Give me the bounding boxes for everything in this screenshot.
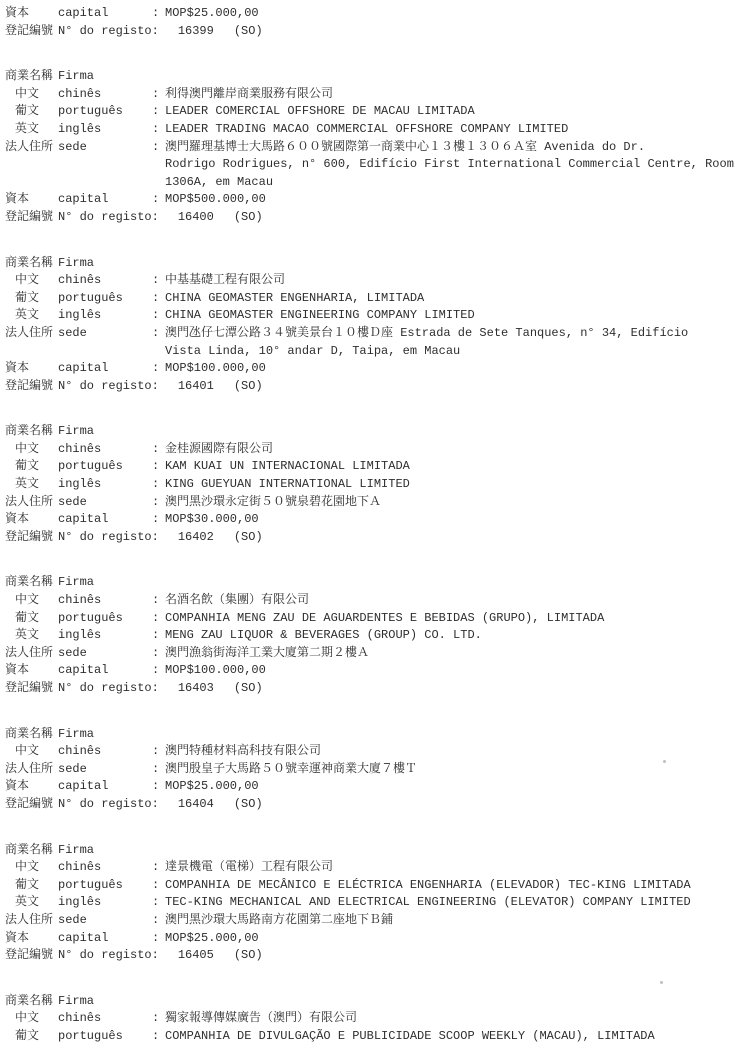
firma-header-row: 商業名稱Firma — [5, 255, 740, 273]
label-chinese_pt: chinês — [58, 592, 152, 610]
label-capital-pt: capital — [58, 511, 152, 529]
label-chinese_pt: chinês — [58, 441, 152, 459]
registration-note: (SO) — [234, 796, 263, 814]
label-portuguese_zh: 葡文 — [5, 877, 58, 895]
label-registo-pt: N° do registo: — [58, 947, 159, 965]
name-chinese-row: 中文chinês:利得澳門離岸商業服務有限公司 — [5, 86, 740, 104]
label-chinese_pt: chinês — [58, 859, 152, 877]
field-colon: : — [152, 441, 165, 459]
registered-office-address: 澳門黑沙環大馬路南方花園第二座地下Ｂ鋪 — [165, 912, 740, 930]
label-chinese_zh: 中文 — [5, 86, 58, 104]
label-firma-zh: 商業名稱 — [5, 68, 58, 86]
registered-office-address: 澳門羅理基博士大馬路６００號國際第一商業中心１３樓１３０６Ａ室 Avenida … — [165, 139, 740, 192]
registered-office-address: 澳門漁翁街海洋工業大廈第二期２樓Ａ — [165, 645, 740, 663]
registry-entry: 商業名稱Firma中文chinês:名酒名飲（集團）有限公司葡文portuguê… — [5, 574, 740, 697]
label-sede-pt: sede — [58, 325, 152, 343]
label-english_pt: inglês — [58, 476, 152, 494]
firma-header-row: 商業名稱Firma — [5, 726, 740, 744]
registration-note: (SO) — [234, 23, 263, 41]
registered-office-row: 法人住所sede:澳門殷皇子大馬路５０號幸運神商業大廈７樓Ｔ — [5, 761, 740, 779]
field-colon: : — [152, 1028, 165, 1046]
address-line: 澳門氹仔七潭公路３４號美景台１０樓Ｄ座 Estrada de Sete Tanq… — [165, 325, 740, 343]
label-chinese_zh: 中文 — [5, 272, 58, 290]
registry-entry: 商業名稱Firma中文chinês:中基基礎工程有限公司葡文português:… — [5, 255, 740, 396]
label-english_zh: 英文 — [5, 121, 58, 139]
label-english_zh: 英文 — [5, 476, 58, 494]
registered-office-address: 澳門黑沙環永定街５０號泉碧花園地下Ａ — [165, 494, 740, 512]
capital-row: 資本capital:MOP$500.000,00 — [5, 191, 740, 209]
company-name-english: KING GUEYUAN INTERNATIONAL LIMITED — [165, 476, 740, 494]
address-line: 澳門殷皇子大馬路５０號幸運神商業大廈７樓Ｔ — [165, 761, 740, 779]
capital-row: 資本capital:MOP$25.000,00 — [5, 930, 740, 948]
firma-header-row: 商業名稱Firma — [5, 68, 740, 86]
firma-header-row: 商業名稱Firma — [5, 574, 740, 592]
scan-speck — [660, 981, 663, 984]
label-firma-zh: 商業名稱 — [5, 842, 58, 860]
name-chinese-row: 中文chinês:澳門特種材料高科技有限公司 — [5, 743, 740, 761]
name-portuguese-row: 葡文português:COMPANHIA MENG ZAU DE AGUARD… — [5, 610, 740, 628]
registered-office-address: 澳門殷皇子大馬路５０號幸運神商業大廈７樓Ｔ — [165, 761, 740, 779]
registry-entry: 資本capital:MOP$25.000,00登記編號N° do registo… — [5, 5, 740, 40]
capital-row: 資本capital:MOP$100.000,00 — [5, 662, 740, 680]
capital-value: MOP$25.000,00 — [165, 5, 740, 23]
label-english_zh: 英文 — [5, 894, 58, 912]
field-colon: : — [152, 778, 165, 796]
field-colon: : — [152, 290, 165, 308]
label-chinese_zh: 中文 — [5, 743, 58, 761]
registration-note: (SO) — [234, 209, 263, 227]
registration-number: 16402 — [178, 529, 214, 547]
label-chinese_pt: chinês — [58, 743, 152, 761]
capital-value: MOP$100.000,00 — [165, 360, 740, 378]
label-capital-zh: 資本 — [5, 191, 58, 209]
field-colon: : — [152, 494, 165, 512]
registration-note: (SO) — [234, 529, 263, 547]
label-capital-zh: 資本 — [5, 930, 58, 948]
company-name-chinese: 達景機電（電梯）工程有限公司 — [165, 859, 740, 877]
address-line: 澳門黑沙環永定街５０號泉碧花園地下Ａ — [165, 494, 740, 512]
label-chinese_pt: chinês — [58, 272, 152, 290]
firma-header-row: 商業名稱Firma — [5, 423, 740, 441]
label-firma-zh: 商業名稱 — [5, 574, 58, 592]
label-portuguese_pt: português — [58, 877, 152, 895]
label-firma-pt: Firma — [58, 993, 152, 1011]
field-colon: : — [152, 912, 165, 930]
label-portuguese_pt: português — [58, 290, 152, 308]
registration-number: 16401 — [178, 378, 214, 396]
label-sede-pt: sede — [58, 645, 152, 663]
label-firma-zh: 商業名稱 — [5, 993, 58, 1011]
field-colon: : — [152, 662, 165, 680]
field-colon: : — [152, 307, 165, 325]
label-portuguese_zh: 葡文 — [5, 290, 58, 308]
registration-number-row: 登記編號N° do registo:16403(SO) — [5, 680, 740, 698]
label-portuguese_pt: português — [58, 1028, 152, 1046]
capital-row: 資本capital:MOP$25.000,00 — [5, 778, 740, 796]
company-name-chinese: 獨家報導傳媒廣告（澳門）有限公司 — [165, 1010, 740, 1028]
field-colon: : — [152, 458, 165, 476]
field-colon: : — [152, 86, 165, 104]
field-colon: : — [152, 139, 165, 157]
label-firma-zh: 商業名稱 — [5, 255, 58, 273]
registered-office-row: 法人住所sede:澳門氹仔七潭公路３４號美景台１０樓Ｄ座 Estrada de … — [5, 325, 740, 360]
label-registo-pt: N° do registo: — [58, 378, 159, 396]
label-portuguese_zh: 葡文 — [5, 610, 58, 628]
name-portuguese-row: 葡文português:LEADER COMERCIAL OFFSHORE DE… — [5, 103, 740, 121]
company-name-english: TEC-KING MECHANICAL AND ELECTRICAL ENGIN… — [165, 894, 740, 912]
address-line: Rodrigo Rodrigues, n° 600, Edifício Firs… — [165, 156, 740, 174]
company-name-chinese: 澳門特種材料高科技有限公司 — [165, 743, 740, 761]
field-colon: : — [152, 894, 165, 912]
registry-entry: 商業名稱Firma中文chinês:達景機電（電梯）工程有限公司葡文portug… — [5, 842, 740, 965]
name-english-row: 英文inglês:KING GUEYUAN INTERNATIONAL LIMI… — [5, 476, 740, 494]
label-firma-pt: Firma — [58, 255, 152, 273]
field-colon: : — [152, 592, 165, 610]
company-name-portuguese: COMPANHIA MENG ZAU DE AGUARDENTES E BEBI… — [165, 610, 740, 628]
registration-number: 16404 — [178, 796, 214, 814]
registry-entry: 商業名稱Firma中文chinês:獨家報導傳媒廣告（澳門）有限公司葡文port… — [5, 993, 740, 1046]
label-sede-zh: 法人住所 — [5, 912, 58, 930]
scan-speck — [663, 760, 666, 763]
field-colon: : — [152, 511, 165, 529]
registration-number: 16405 — [178, 947, 214, 965]
label-firma-zh: 商業名稱 — [5, 726, 58, 744]
name-english-row: 英文inglês:MENG ZAU LIQUOR & BEVERAGES (GR… — [5, 627, 740, 645]
registry-entries-container: 資本capital:MOP$25.000,00登記編號N° do registo… — [5, 5, 740, 1046]
name-portuguese-row: 葡文português:COMPANHIA DE DIVULGAÇÃO E PU… — [5, 1028, 740, 1046]
label-capital-zh: 資本 — [5, 5, 58, 23]
company-name-english: MENG ZAU LIQUOR & BEVERAGES (GROUP) CO. … — [165, 627, 740, 645]
label-firma-pt: Firma — [58, 842, 152, 860]
name-chinese-row: 中文chinês:金桂源國際有限公司 — [5, 441, 740, 459]
field-colon: : — [152, 645, 165, 663]
name-english-row: 英文inglês:CHINA GEOMASTER ENGINEERING COM… — [5, 307, 740, 325]
label-capital-zh: 資本 — [5, 778, 58, 796]
label-english_zh: 英文 — [5, 627, 58, 645]
address-line: 澳門黑沙環大馬路南方花園第二座地下Ｂ鋪 — [165, 912, 740, 930]
registration-number-row: 登記編號N° do registo:16400(SO) — [5, 209, 740, 227]
label-capital-pt: capital — [58, 191, 152, 209]
registry-entry: 商業名稱Firma中文chinês:澳門特種材料高科技有限公司法人住所sede:… — [5, 726, 740, 814]
registration-note: (SO) — [234, 947, 263, 965]
label-sede-pt: sede — [58, 912, 152, 930]
label-capital-zh: 資本 — [5, 360, 58, 378]
firma-header-row: 商業名稱Firma — [5, 993, 740, 1011]
company-name-chinese: 中基基礎工程有限公司 — [165, 272, 740, 290]
label-registo-zh: 登記編號 — [5, 680, 58, 698]
firma-header-row: 商業名稱Firma — [5, 842, 740, 860]
registration-note: (SO) — [234, 680, 263, 698]
label-registo-zh: 登記編號 — [5, 209, 58, 227]
label-chinese_zh: 中文 — [5, 1010, 58, 1028]
name-english-row: 英文inglês:TEC-KING MECHANICAL AND ELECTRI… — [5, 894, 740, 912]
label-registo-zh: 登記編號 — [5, 796, 58, 814]
address-line: 1306A, em Macau — [165, 174, 740, 192]
label-portuguese_zh: 葡文 — [5, 103, 58, 121]
company-name-english: CHINA GEOMASTER ENGINEERING COMPANY LIMI… — [165, 307, 740, 325]
label-sede-zh: 法人住所 — [5, 494, 58, 512]
capital-value: MOP$25.000,00 — [165, 930, 740, 948]
label-capital-zh: 資本 — [5, 662, 58, 680]
label-sede-zh: 法人住所 — [5, 645, 58, 663]
label-registo-pt: N° do registo: — [58, 796, 159, 814]
label-chinese_pt: chinês — [58, 1010, 152, 1028]
registration-number: 16403 — [178, 680, 214, 698]
label-registo-zh: 登記編號 — [5, 947, 58, 965]
label-firma-zh: 商業名稱 — [5, 423, 58, 441]
label-registo-zh: 登記編號 — [5, 378, 58, 396]
label-sede-zh: 法人住所 — [5, 761, 58, 779]
label-chinese_zh: 中文 — [5, 441, 58, 459]
capital-row: 資本capital:MOP$30.000,00 — [5, 511, 740, 529]
label-firma-pt: Firma — [58, 726, 152, 744]
field-colon: : — [152, 325, 165, 343]
registered-office-row: 法人住所sede:澳門漁翁街海洋工業大廈第二期２樓Ａ — [5, 645, 740, 663]
label-sede-zh: 法人住所 — [5, 325, 58, 343]
company-name-english: LEADER TRADING MACAO COMMERCIAL OFFSHORE… — [165, 121, 740, 139]
company-name-portuguese: KAM KUAI UN INTERNACIONAL LIMITADA — [165, 458, 740, 476]
label-registo-pt: N° do registo: — [58, 529, 159, 547]
field-colon: : — [152, 360, 165, 378]
field-colon: : — [152, 272, 165, 290]
registry-entry: 商業名稱Firma中文chinês:金桂源國際有限公司葡文português:K… — [5, 423, 740, 546]
label-registo-pt: N° do registo: — [58, 209, 159, 227]
company-name-chinese: 利得澳門離岸商業服務有限公司 — [165, 86, 740, 104]
label-english_pt: inglês — [58, 627, 152, 645]
address-line: Vista Linda, 10° andar D, Taipa, em Maca… — [165, 343, 740, 361]
registry-entry: 商業名稱Firma中文chinês:利得澳門離岸商業服務有限公司葡文portug… — [5, 68, 740, 226]
name-portuguese-row: 葡文português:KAM KUAI UN INTERNACIONAL LI… — [5, 458, 740, 476]
company-name-portuguese: CHINA GEOMASTER ENGENHARIA, LIMITADA — [165, 290, 740, 308]
registered-office-address: 澳門氹仔七潭公路３４號美景台１０樓Ｄ座 Estrada de Sete Tanq… — [165, 325, 740, 360]
label-capital-pt: capital — [58, 778, 152, 796]
field-colon: : — [152, 121, 165, 139]
label-portuguese_pt: português — [58, 458, 152, 476]
company-name-portuguese: COMPANHIA DE MECÂNICO E ELÉCTRICA ENGENH… — [165, 877, 740, 895]
label-portuguese_pt: português — [58, 610, 152, 628]
name-chinese-row: 中文chinês:獨家報導傳媒廣告（澳門）有限公司 — [5, 1010, 740, 1028]
label-portuguese_pt: português — [58, 103, 152, 121]
label-capital-zh: 資本 — [5, 511, 58, 529]
name-chinese-row: 中文chinês:達景機電（電梯）工程有限公司 — [5, 859, 740, 877]
registration-note: (SO) — [234, 378, 263, 396]
name-portuguese-row: 葡文português:CHINA GEOMASTER ENGENHARIA, … — [5, 290, 740, 308]
registration-number-row: 登記編號N° do registo:16405(SO) — [5, 947, 740, 965]
registered-office-row: 法人住所sede:澳門羅理基博士大馬路６００號國際第一商業中心１３樓１３０６Ａ室… — [5, 139, 740, 192]
field-colon: : — [152, 877, 165, 895]
registration-number: 16400 — [178, 209, 214, 227]
name-chinese-row: 中文chinês:名酒名飲（集團）有限公司 — [5, 592, 740, 610]
capital-value: MOP$30.000,00 — [165, 511, 740, 529]
label-registo-zh: 登記編號 — [5, 529, 58, 547]
label-chinese_zh: 中文 — [5, 592, 58, 610]
field-colon: : — [152, 610, 165, 628]
field-colon: : — [152, 1010, 165, 1028]
label-english_pt: inglês — [58, 894, 152, 912]
label-sede-pt: sede — [58, 139, 152, 157]
label-capital-pt: capital — [58, 360, 152, 378]
company-registry-gazette-page: 資本capital:MOP$25.000,00登記編號N° do registo… — [0, 0, 744, 1058]
company-name-chinese: 名酒名飲（集團）有限公司 — [165, 592, 740, 610]
registration-number-row: 登記編號N° do registo:16402(SO) — [5, 529, 740, 547]
label-registo-zh: 登記編號 — [5, 23, 58, 41]
capital-value: MOP$25.000,00 — [165, 778, 740, 796]
label-capital-pt: capital — [58, 930, 152, 948]
label-firma-pt: Firma — [58, 68, 152, 86]
label-english_zh: 英文 — [5, 307, 58, 325]
field-colon: : — [152, 859, 165, 877]
field-colon: : — [152, 476, 165, 494]
label-capital-pt: capital — [58, 662, 152, 680]
field-colon: : — [152, 191, 165, 209]
label-capital-pt: capital — [58, 5, 152, 23]
capital-row: 資本capital:MOP$100.000,00 — [5, 360, 740, 378]
company-name-portuguese: LEADER COMERCIAL OFFSHORE DE MACAU LIMIT… — [165, 103, 740, 121]
address-line: 澳門漁翁街海洋工業大廈第二期２樓Ａ — [165, 645, 740, 663]
label-portuguese_zh: 葡文 — [5, 1028, 58, 1046]
registration-number: 16399 — [178, 23, 214, 41]
field-colon: : — [152, 743, 165, 761]
label-portuguese_zh: 葡文 — [5, 458, 58, 476]
label-chinese_pt: chinês — [58, 86, 152, 104]
address-line: 澳門羅理基博士大馬路６００號國際第一商業中心１３樓１３０６Ａ室 Avenida … — [165, 139, 740, 157]
name-chinese-row: 中文chinês:中基基礎工程有限公司 — [5, 272, 740, 290]
company-name-portuguese: COMPANHIA DE DIVULGAÇÃO E PUBLICIDADE SC… — [165, 1028, 740, 1046]
capital-value: MOP$500.000,00 — [165, 191, 740, 209]
label-sede-zh: 法人住所 — [5, 139, 58, 157]
label-english_pt: inglês — [58, 121, 152, 139]
field-colon: : — [152, 5, 165, 23]
label-firma-pt: Firma — [58, 574, 152, 592]
label-firma-pt: Firma — [58, 423, 152, 441]
label-registo-pt: N° do registo: — [58, 680, 159, 698]
label-sede-pt: sede — [58, 761, 152, 779]
field-colon: : — [152, 930, 165, 948]
registration-number-row: 登記編號N° do registo:16404(SO) — [5, 796, 740, 814]
registration-number-row: 登記編號N° do registo:16401(SO) — [5, 378, 740, 396]
capital-row: 資本capital:MOP$25.000,00 — [5, 5, 740, 23]
company-name-chinese: 金桂源國際有限公司 — [165, 441, 740, 459]
capital-value: MOP$100.000,00 — [165, 662, 740, 680]
field-colon: : — [152, 103, 165, 121]
name-english-row: 英文inglês:LEADER TRADING MACAO COMMERCIAL… — [5, 121, 740, 139]
registered-office-row: 法人住所sede:澳門黑沙環大馬路南方花園第二座地下Ｂ鋪 — [5, 912, 740, 930]
field-colon: : — [152, 627, 165, 645]
registered-office-row: 法人住所sede:澳門黑沙環永定街５０號泉碧花園地下Ａ — [5, 494, 740, 512]
label-english_pt: inglês — [58, 307, 152, 325]
field-colon: : — [152, 761, 165, 779]
label-chinese_zh: 中文 — [5, 859, 58, 877]
label-sede-pt: sede — [58, 494, 152, 512]
registration-number-row: 登記編號N° do registo:16399(SO) — [5, 23, 740, 41]
label-registo-pt: N° do registo: — [58, 23, 159, 41]
name-portuguese-row: 葡文português:COMPANHIA DE MECÂNICO E ELÉC… — [5, 877, 740, 895]
